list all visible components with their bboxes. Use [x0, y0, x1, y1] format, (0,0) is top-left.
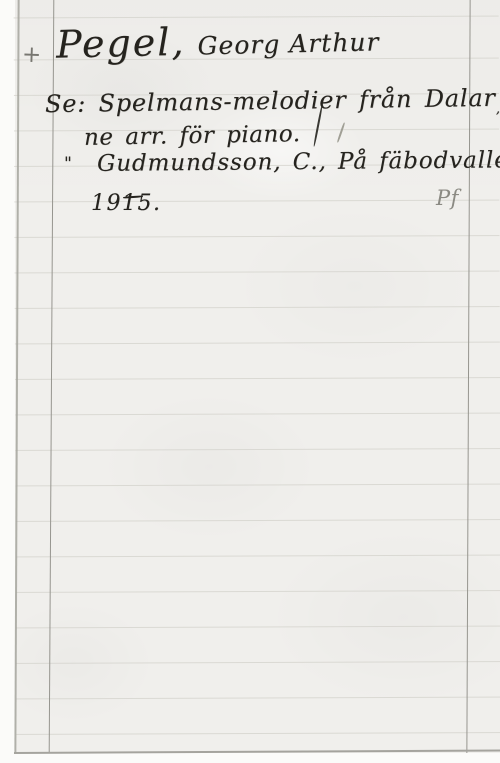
- see-reference-line-2: ne arr. för piano.: [84, 123, 301, 150]
- heading-surname: Pegel,: [56, 23, 186, 64]
- heading-forenames: Georg Arthur: [197, 29, 379, 58]
- card-heading: Pegel, Georg Arthur: [56, 18, 380, 63]
- ditto-mark: ": [64, 156, 72, 173]
- instrument-code: Pf: [436, 188, 459, 209]
- entry-text: Gudmundsson, C., På fäbodvallen.: [97, 149, 500, 176]
- hyphenation-mark: ,: [496, 102, 500, 117]
- see-reference-line-1: Se: Spelmans-melodier från Dalar,: [45, 86, 500, 122]
- margin-plus-mark: +: [22, 44, 42, 68]
- see-reference-text: Se: Spelmans-melodier från Dalar: [45, 84, 496, 118]
